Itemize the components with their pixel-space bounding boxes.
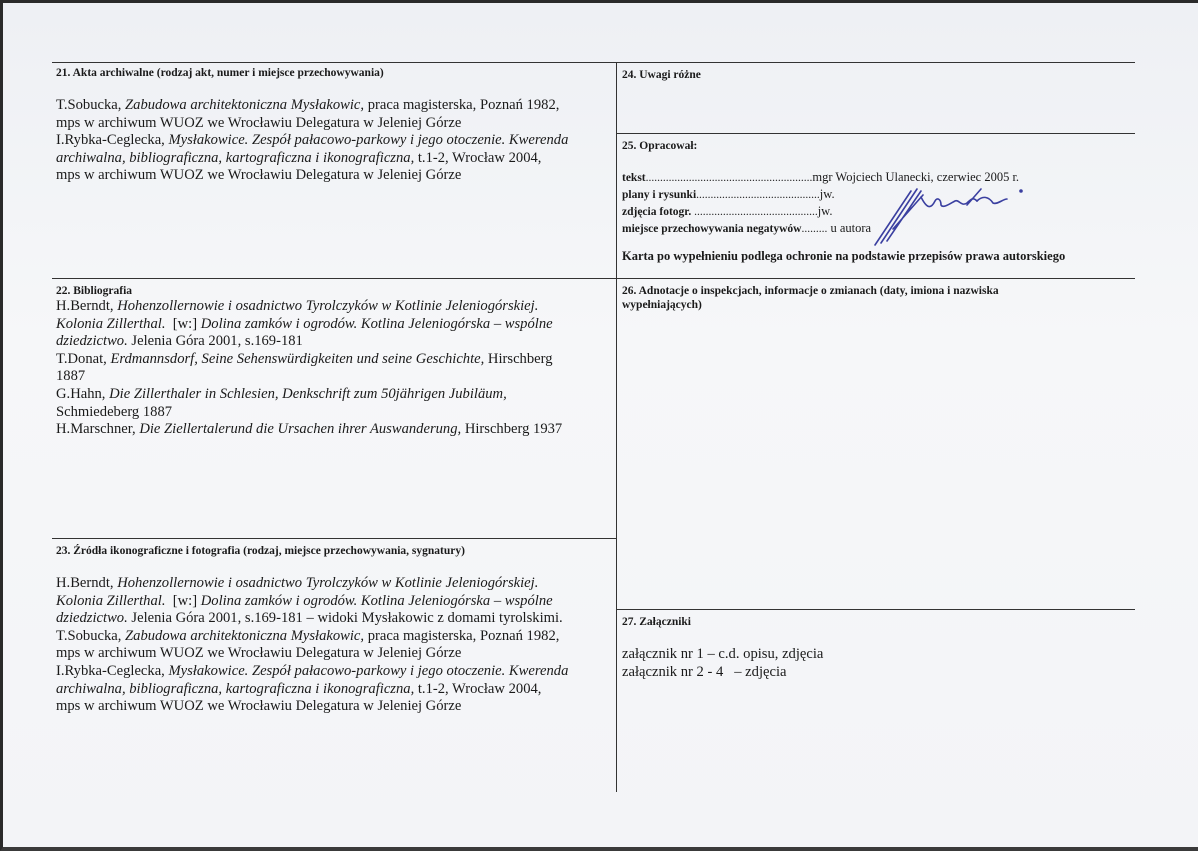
s21-entry-2-line-1: I.Rybka-Ceglecka, Mysłakowice. Zespół pa… — [56, 132, 612, 150]
s21-entry-1-line-1: T.Sobucka, Zabudowa architektoniczna Mys… — [56, 97, 612, 115]
s23-entry-2-line-1: T.Sobucka, Zabudowa architektoniczna Mys… — [56, 628, 612, 646]
s22-entry-1-line-1: H.Berndt, Hohenzollernowie i osadnictwo … — [56, 298, 612, 316]
section-23-iconographic-sources: 23. Źródła ikonograficzne i fotografia (… — [56, 544, 612, 716]
section-22-bibliography: 22. Bibliografia H.Berndt, Hohenzollerno… — [56, 284, 612, 439]
s21-entry-1-line-2: mps w archiwum WUOZ we Wrocławiu Delegat… — [56, 115, 612, 133]
s22-entry-4-line-1: H.Marschner, Die Ziellertalerund die Urs… — [56, 421, 612, 439]
s23-entry-3-line-3: mps w archiwum WUOZ we Wrocławiu Delegat… — [56, 698, 612, 716]
copyright-notice: Karta po wypełnieniu podlega ochronie na… — [622, 249, 1132, 264]
s23-entry-1-line-1: H.Berndt, Hohenzollernowie i osadnictwo … — [56, 575, 612, 593]
s21-entry-2-line-3: mps w archiwum WUOZ we Wrocławiu Delegat… — [56, 167, 612, 185]
s22-entry-2-line-2: 1887 — [56, 368, 612, 386]
section-26-inspection-notes: 26. Adnotacje o inspekcjach, informacje … — [622, 284, 1062, 312]
s22-entry-2-line-1: T.Donat, Erdmannsdorf, Seine Sehenswürdi… — [56, 351, 612, 369]
section-21-title: 21. Akta archiwalne (rodzaj akt, numer i… — [56, 66, 612, 80]
rule-top-right — [616, 62, 1135, 63]
section-21-archival-records: 21. Akta archiwalne (rodzaj akt, numer i… — [56, 66, 612, 185]
column-divider — [616, 62, 617, 792]
section-22-title: 22. Bibliografia — [56, 284, 612, 298]
s23-entry-2-line-2: mps w archiwum WUOZ we Wrocławiu Delegat… — [56, 645, 612, 663]
section-27-body: załącznik nr 1 – c.d. opisu, zdjęcia zał… — [622, 646, 1132, 681]
s23-entry-1-line-2: Kolonia Zillerthal. [w:] Dolina zamków i… — [56, 593, 612, 611]
scanned-form-page: 21. Akta archiwalne (rodzaj akt, numer i… — [0, 0, 1198, 851]
s22-entry-1-line-3: dziedzictwo. Jelenia Góra 2001, s.169-18… — [56, 333, 612, 351]
rule-s23-top — [52, 538, 617, 539]
section-27-attachments: 27. Załączniki załącznik nr 1 – c.d. opi… — [622, 615, 1132, 681]
section-24-remarks: 24. Uwagi różne — [622, 68, 1132, 82]
rule-s26-top-right — [616, 278, 1135, 279]
s21-entry-2-line-2: archiwalna, bibliograficzna, kartografic… — [56, 150, 612, 168]
s22-entry-3-line-1: G.Hahn, Die Zillerthaler in Schlesien, D… — [56, 386, 612, 404]
signature-icon — [871, 183, 1031, 251]
s23-entry-1-line-3: dziedzictwo. Jelenia Góra 2001, s.169-18… — [56, 610, 612, 628]
section-23-body: H.Berndt, Hohenzollernowie i osadnictwo … — [56, 575, 612, 716]
section-23-title: 23. Źródła ikonograficzne i fotografia (… — [56, 544, 612, 558]
section-21-body: T.Sobucka, Zabudowa architektoniczna Mys… — [56, 97, 612, 185]
section-27-title: 27. Załączniki — [622, 615, 1132, 629]
s23-entry-3-line-1: I.Rybka-Ceglecka, Mysłakowice. Zespół pa… — [56, 663, 612, 681]
attachment-item-1: załącznik nr 1 – c.d. opisu, zdjęcia — [622, 646, 1132, 664]
section-25-title: 25. Opracował: — [622, 139, 1132, 153]
rule-s25-top — [616, 133, 1135, 134]
s23-entry-3-line-2: archiwalna, bibliograficzna, kartografic… — [56, 681, 612, 699]
s22-entry-3-line-2: Schmiedeberg 1887 — [56, 404, 612, 422]
section-26-title: 26. Adnotacje o inspekcjach, informacje … — [622, 284, 1062, 312]
attachment-item-2: załącznik nr 2 - 4 – zdjęcia — [622, 664, 1132, 682]
section-24-title: 24. Uwagi różne — [622, 68, 1132, 82]
rule-top-left — [52, 62, 617, 63]
rule-s27-top — [616, 609, 1135, 610]
section-22-body: H.Berndt, Hohenzollernowie i osadnictwo … — [56, 298, 612, 439]
rule-s22-top-left — [52, 278, 617, 279]
s22-entry-1-line-2: Kolonia Zillerthal. [w:] Dolina zamków i… — [56, 316, 612, 334]
